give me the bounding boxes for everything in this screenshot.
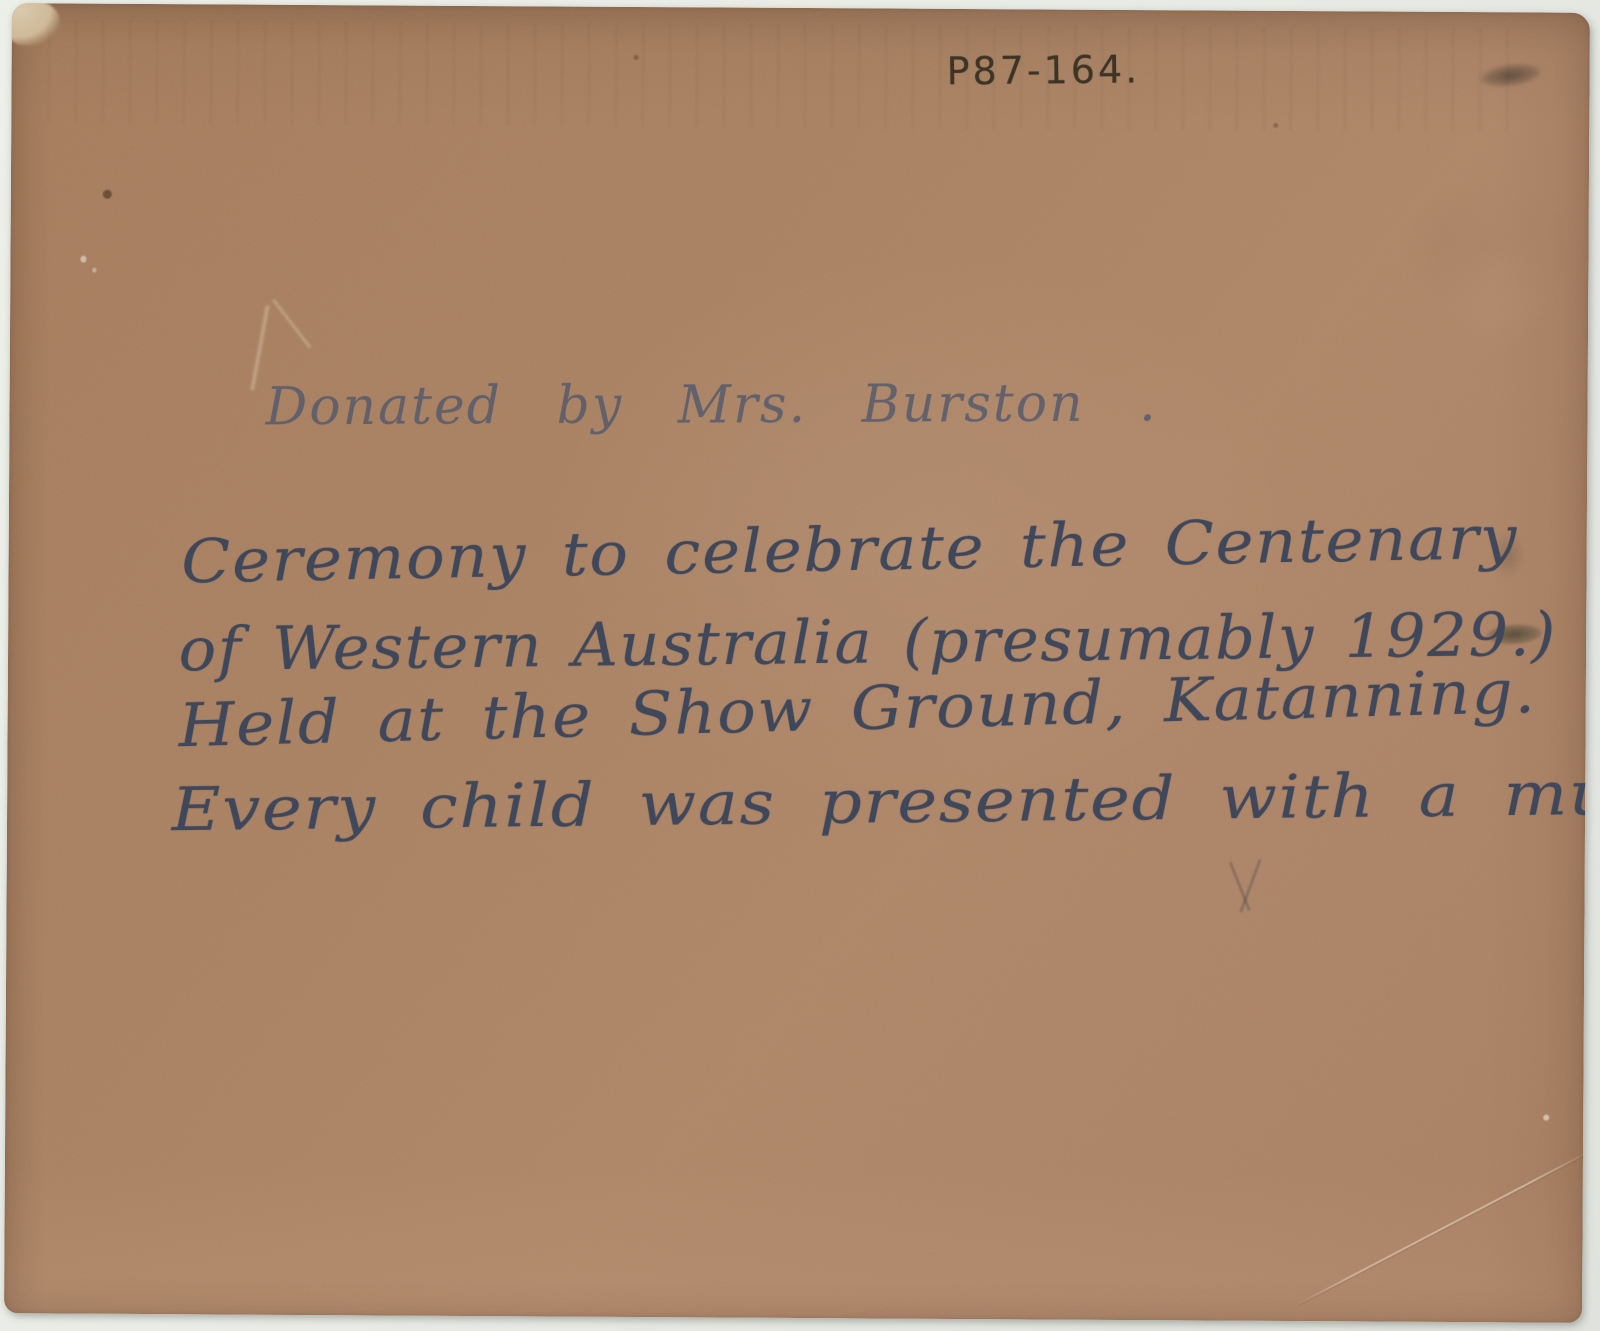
corner-chip-damage xyxy=(8,3,60,45)
dark-speck xyxy=(1273,123,1278,128)
description-line-4: Every child was presented with a mug. xyxy=(171,763,1590,840)
catalog-number: P87-164. xyxy=(946,50,1140,90)
dark-speck xyxy=(634,55,639,60)
cardboard-striation-texture xyxy=(47,19,1520,132)
description-line-1: Ceremony to celebrate the Centenary xyxy=(181,508,1519,592)
crease-line xyxy=(1298,1150,1590,1305)
light-speck xyxy=(92,268,96,273)
light-speck xyxy=(80,256,86,263)
photo-card-back: P87-164. Donated by Mrs. Burston . Cerem… xyxy=(4,3,1590,1323)
dark-speck xyxy=(103,190,112,199)
surface-scratch xyxy=(272,299,311,348)
light-speck xyxy=(1543,1115,1549,1121)
stray-pencil-mark xyxy=(1239,859,1261,913)
ink-smudge-top-right xyxy=(1478,60,1542,90)
donation-note: Donated by Mrs. Burston . xyxy=(265,378,1157,434)
